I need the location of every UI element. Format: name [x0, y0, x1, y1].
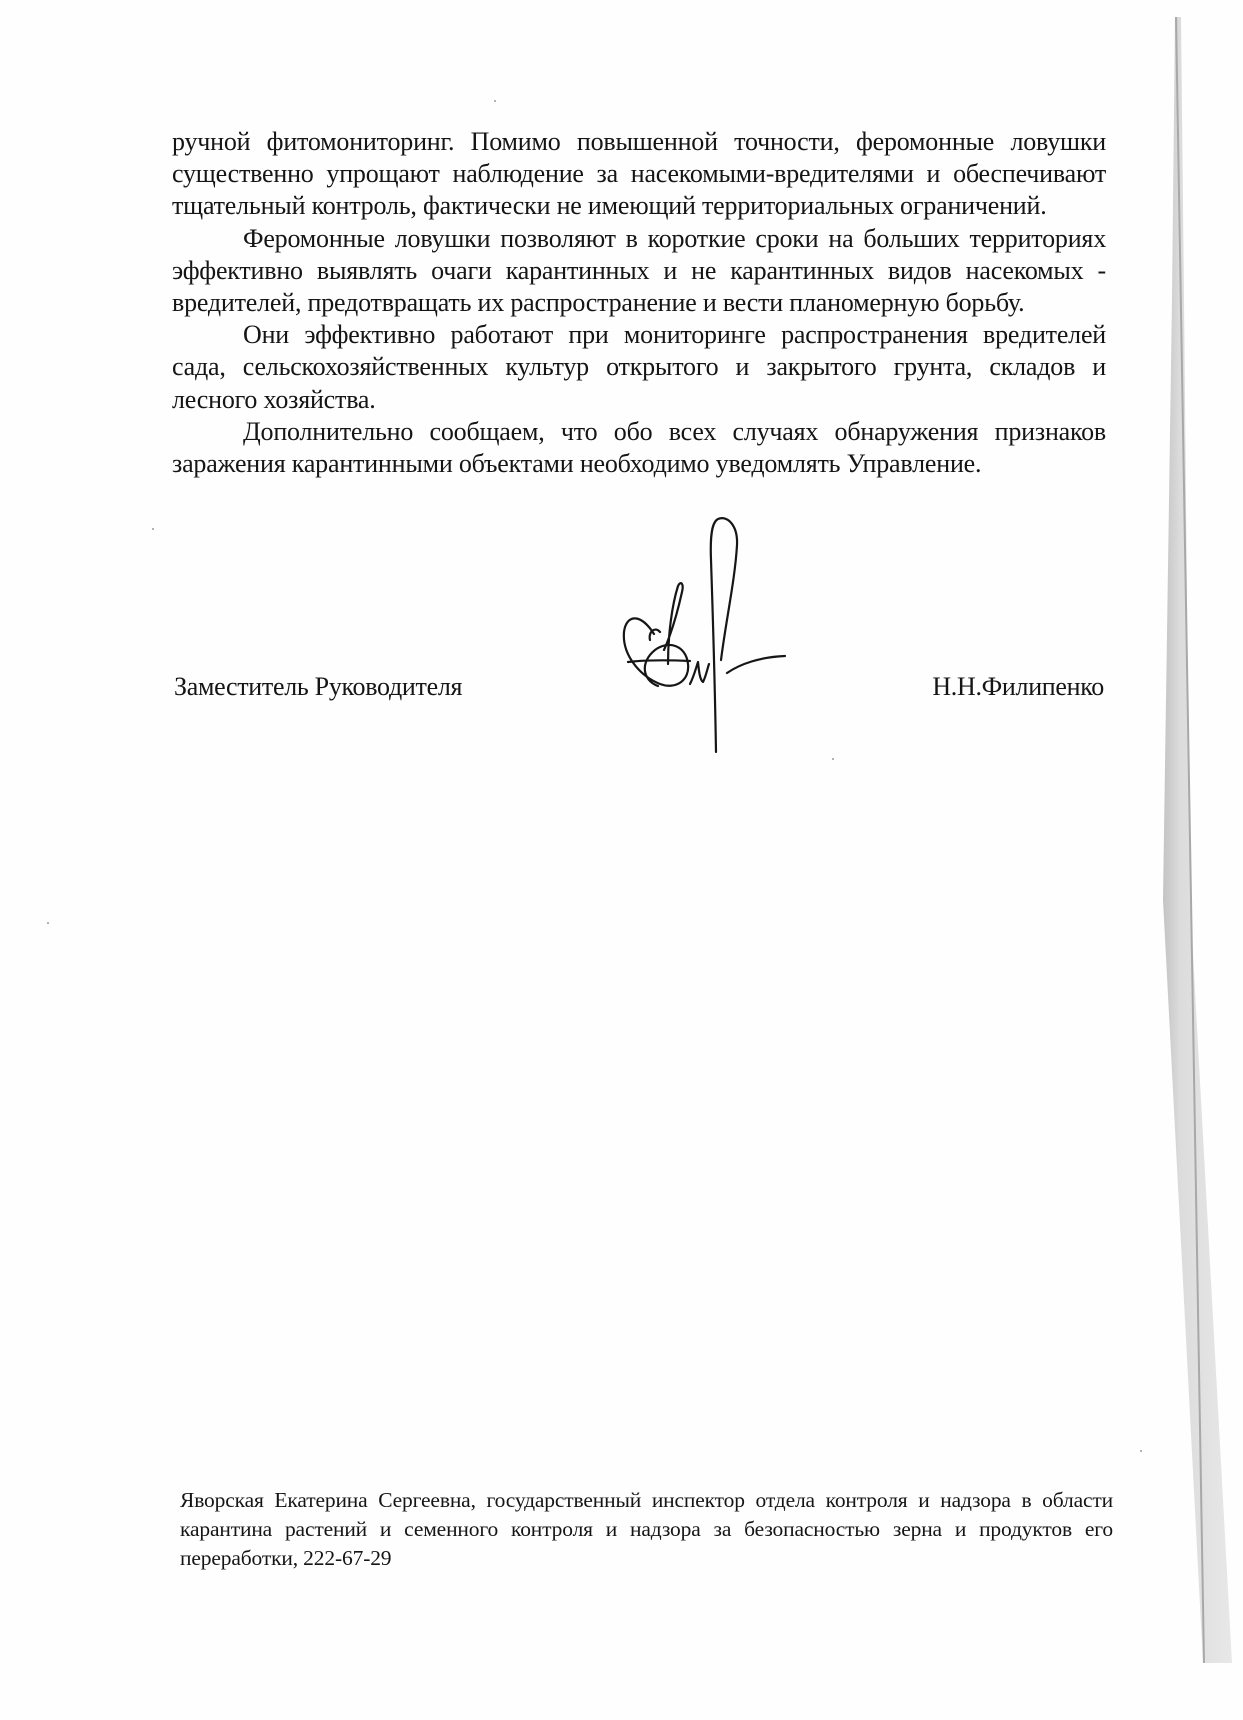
paragraph-2: Феромонные ловушки позволяют в короткие …	[172, 223, 1106, 320]
scan-speck	[1140, 1450, 1142, 1452]
scan-speck	[832, 758, 834, 760]
executor-footer: Яворская Екатерина Сергеевна, государств…	[180, 1486, 1113, 1573]
scanned-page: ручной фитомониторинг. Помимо повышенной…	[0, 0, 1243, 1720]
scan-speck	[494, 100, 496, 102]
paragraph-4: Дополнительно сообщаем, что обо всех слу…	[172, 416, 1106, 480]
paragraph-1: ручной фитомониторинг. Помимо повышенной…	[172, 126, 1106, 223]
letter-body: ручной фитомониторинг. Помимо повышенной…	[172, 126, 1106, 480]
paragraph-3: Они эффективно работают при мониторинге …	[172, 319, 1106, 416]
scan-speck	[152, 528, 154, 530]
scan-speck	[47, 922, 49, 924]
signatory-name: Н.Н.Филипенко	[932, 671, 1104, 703]
handwritten-signature-icon	[600, 500, 820, 770]
signatory-position: Заместитель Руководителя	[174, 671, 462, 703]
